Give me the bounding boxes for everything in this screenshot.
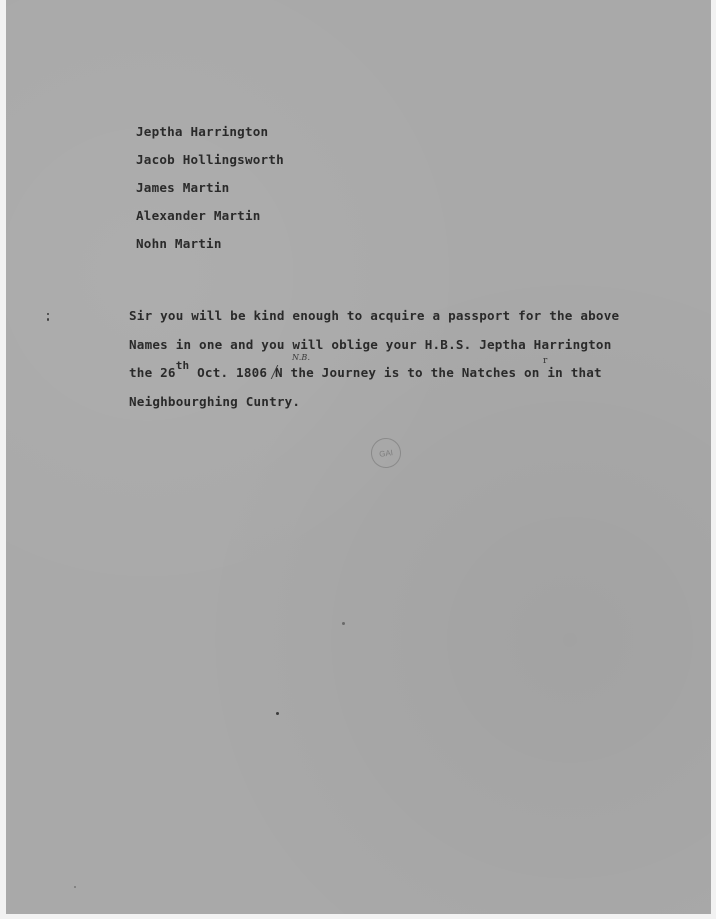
handwritten-correction-mark: r [543,356,548,366]
name-item: Jacob Hollingsworth [136,152,284,167]
letter-line-1: Sir you will be kind enough to acquire a… [129,308,619,323]
handwritten-nb-insert: N.B. [292,353,310,362]
margin-mark [47,313,49,315]
letter-line-4: Neighbourghing Cuntry. [129,394,300,409]
letter-line-3: the 26th Oct. 1806 N the Journey is to t… [129,365,602,380]
archive-stamp: GAI [369,436,403,470]
name-item: James Martin [136,180,229,195]
name-item: Alexander Martin [136,208,261,223]
paper-speck [74,886,76,888]
name-item: Jeptha Harrington [136,124,268,139]
date-rest: Oct. 1806 [189,365,275,380]
struck-character: N [275,365,283,380]
letter-line-2: Names in one and you will oblige your H.… [129,337,612,352]
scanned-page: Jeptha Harrington Jacob Hollingsworth Ja… [6,0,711,914]
date-day: the 26 [129,365,176,380]
date-superscript: th [176,359,190,372]
paper-speck [342,622,345,625]
paper-speck [276,712,279,715]
name-item: Nohn Martin [136,236,222,251]
margin-mark [47,318,49,321]
journey-text: the Journey is to the Natches on in that [283,365,602,380]
